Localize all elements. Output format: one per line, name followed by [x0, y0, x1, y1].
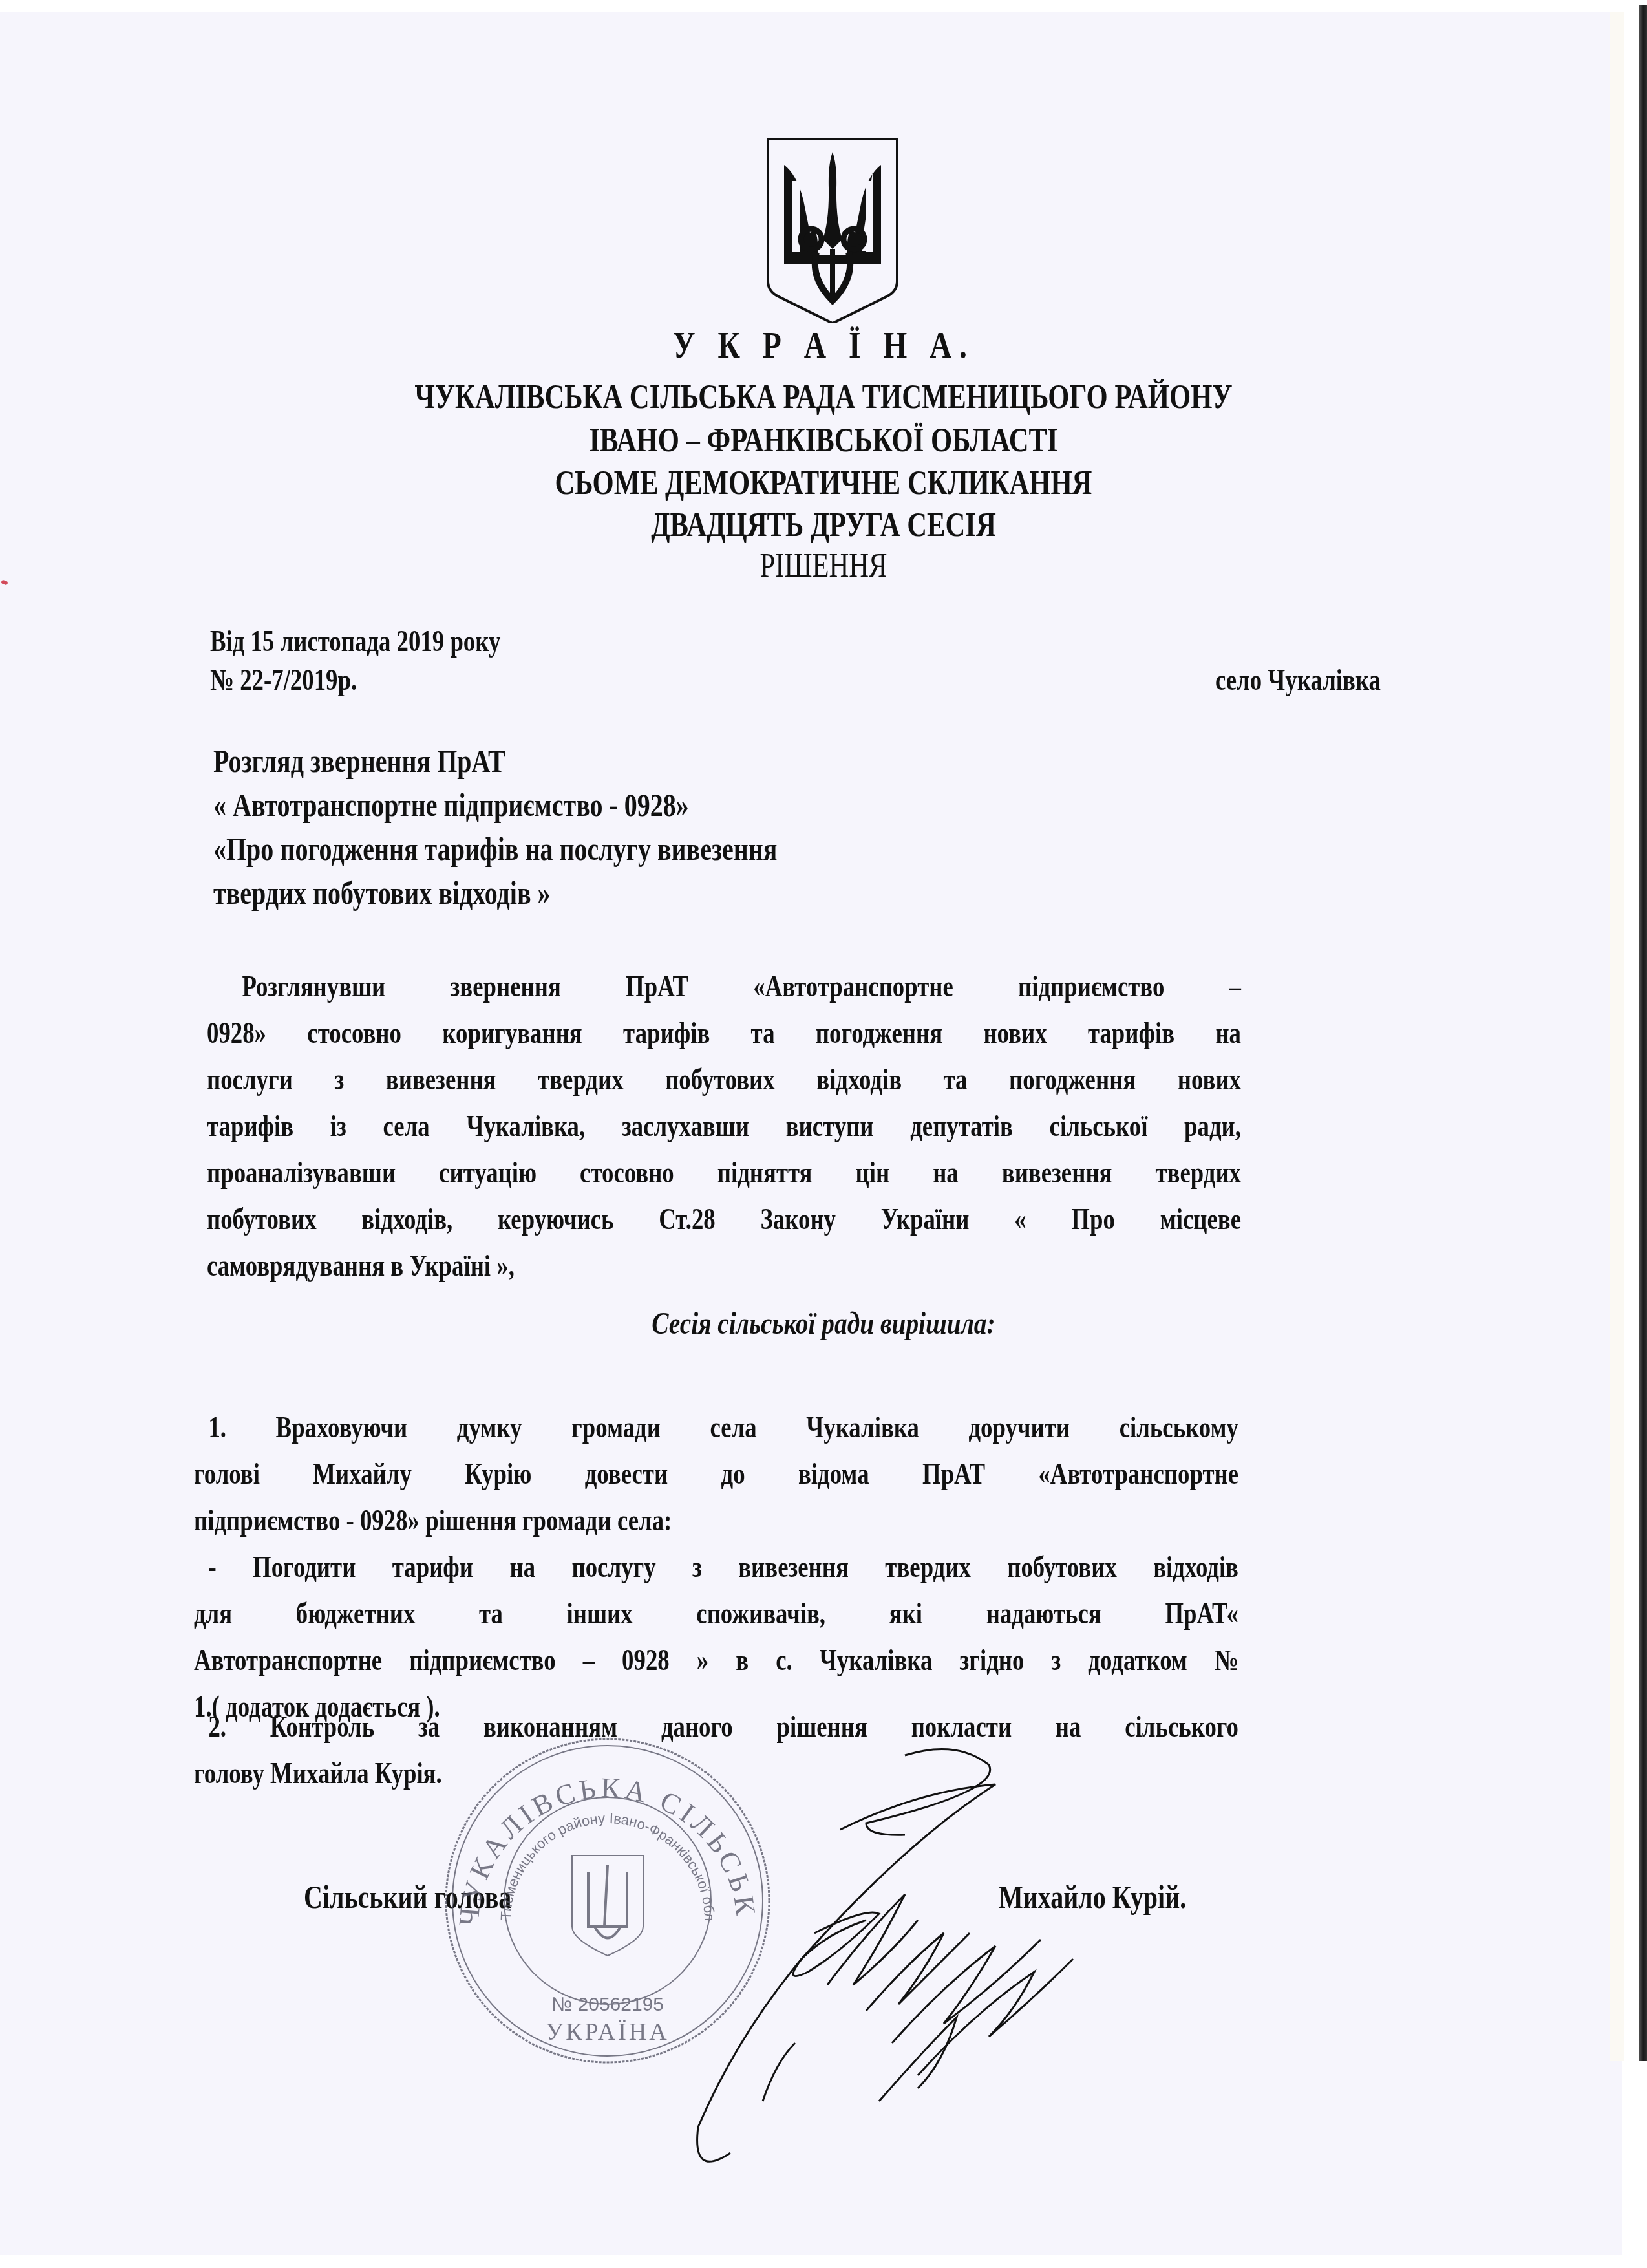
- page-edge-strip: [1610, 12, 1624, 2061]
- decision-line: Автотранспортне підприємство – 0928 » в …: [194, 1637, 1238, 1684]
- decision-date: Від 15 листопада 2019 року: [210, 624, 500, 658]
- preamble-paragraph: Розглянувши звернення ПрАТ «Автотранспор…: [207, 963, 1500, 1289]
- trident-coat-of-arms-icon: [765, 136, 900, 323]
- decision-line: 1. Враховуючи думку громади села Чукалів…: [194, 1404, 1238, 1451]
- decision-item-1: 1. Враховуючи думку громади села Чукалів…: [194, 1404, 1500, 1544]
- subject-line: Розгляд звернення ПрАТ: [213, 742, 505, 780]
- resolved-heading: Сесія сільської ради вирішила:: [148, 1306, 1498, 1342]
- subject-line: «Про погодження тарифів на послугу вивез…: [213, 830, 777, 868]
- subject-line: твердих побутових відходів »: [213, 874, 551, 912]
- document-type: РІШЕННЯ: [148, 547, 1498, 585]
- decision-line: для бюджетних та інших споживачів, які н…: [194, 1590, 1238, 1637]
- decision-line: - Погодити тарифи на послугу з вивезення…: [194, 1544, 1238, 1590]
- preamble-line: тарифів із села Чукалівка, заслухавши ви…: [207, 1103, 1241, 1150]
- decision-subitem: - Погодити тарифи на послугу з вивезення…: [194, 1544, 1500, 1730]
- handwritten-signature: [504, 1739, 1086, 2268]
- country-heading: У К Р А Ї Н А.: [148, 323, 1498, 367]
- convocation: СЬОМЕ ДЕМОКРАТИЧНЕ СКЛИКАННЯ: [148, 464, 1498, 502]
- region-name: ІВАНО – ФРАНКІВСЬКОЇ ОБЛАСТІ: [148, 422, 1498, 460]
- preamble-line: Розглянувши звернення ПрАТ «Автотранспор…: [207, 963, 1241, 1010]
- decision-number: № 22-7/2019р.: [210, 663, 357, 697]
- preamble-line: самоврядування в Україні »,: [207, 1243, 1241, 1289]
- session-name: ДВАДЦЯТЬ ДРУГА СЕСІЯ: [148, 506, 1498, 544]
- preamble-line: проаналізувавши ситуацію стосовно піднят…: [207, 1150, 1241, 1196]
- preamble-line: 0928» стосовно коригування тарифів та по…: [207, 1010, 1241, 1056]
- preamble-line: послуги з вивезення твердих побутових ві…: [207, 1056, 1241, 1103]
- scanner-edge: [1639, 5, 1647, 2061]
- place-name: село Чукалівка: [1215, 663, 1381, 697]
- decision-line: підприємство - 0928» рішення громади сел…: [194, 1497, 1228, 1544]
- subject-line: « Автотранспортне підприємство - 0928»: [213, 786, 689, 824]
- decision-line: голові Михайлу Курію довести до відома П…: [194, 1451, 1238, 1497]
- preamble-line: побутових відходів, керуючись Ст.28 Зако…: [207, 1196, 1241, 1243]
- council-name: ЧУКАЛІВСЬКА СІЛЬСЬКА РАДА ТИСМЕНИЦЬОГО Р…: [148, 378, 1498, 416]
